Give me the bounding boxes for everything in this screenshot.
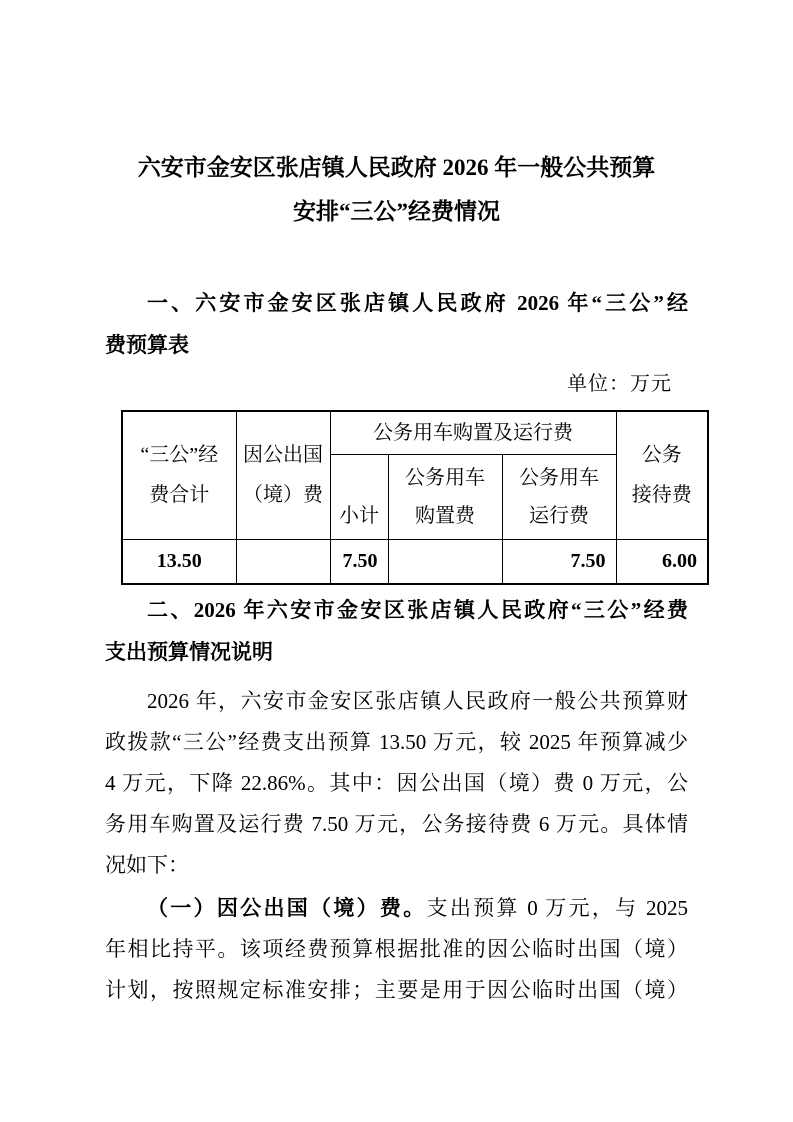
section1-heading-line2: 费预算表 xyxy=(105,324,688,366)
header-vehicle-purchase-line1: 公务用车 xyxy=(389,459,502,497)
header-vehicle-operation-line2: 运行费 xyxy=(503,497,616,535)
value-vehicle-operation: 7.50 xyxy=(502,539,616,584)
header-reception-line2: 接待费 xyxy=(617,475,708,515)
section2-heading-line2: 支出预算情况说明 xyxy=(105,631,688,673)
item1-line3: 计划，按照规定标准安排；主要是用于因公临时出国（境） xyxy=(105,970,688,1011)
header-vehicle-purchase-line2: 购置费 xyxy=(389,497,502,535)
header-reception-line1: 公务 xyxy=(617,435,708,475)
header-total: “三公”经 费合计 xyxy=(122,411,236,539)
document-title-line1: 六安市金安区张店镇人民政府 2026 年一般公共预算 xyxy=(105,146,688,190)
document-page: 六安市金安区张店镇人民政府 2026 年一般公共预算 安排“三公”经费情况 一、… xyxy=(0,0,793,1122)
header-reception: 公务 接待费 xyxy=(616,411,708,539)
header-vehicle-group: 公务用车购置及运行费 xyxy=(330,411,616,454)
item1-line1-rest: 支出预算 0 万元，与 2025 xyxy=(427,896,688,920)
value-reception: 6.00 xyxy=(616,539,708,584)
header-vehicle-operation-line1: 公务用车 xyxy=(503,459,616,497)
document-title: 六安市金安区张店镇人民政府 2026 年一般公共预算 安排“三公”经费情况 xyxy=(105,146,688,234)
header-abroad-line1: 因公出国 xyxy=(237,435,330,475)
section2-heading-line1: 二、2026 年六安市金安区张店镇人民政府“三公”经费 xyxy=(105,589,688,631)
section2-heading: 二、2026 年六安市金安区张店镇人民政府“三公”经费 支出预算情况说明 xyxy=(105,589,688,673)
item1-line1: （一）因公出国（境）费。支出预算 0 万元，与 2025 xyxy=(105,888,688,929)
intro-line4: 务用车购置及运行费 7.50 万元，公务接待费 6 万元。具体情 xyxy=(105,804,688,845)
header-abroad: 因公出国 （境）费 xyxy=(236,411,330,539)
header-total-line1: “三公”经 xyxy=(123,435,236,475)
item1-paragraph: （一）因公出国（境）费。支出预算 0 万元，与 2025 年相比持平。该项经费预… xyxy=(105,888,688,1011)
value-vehicle-subtotal: 7.50 xyxy=(330,539,388,584)
intro-line1: 2026 年，六安市金安区张店镇人民政府一般公共预算财 xyxy=(105,681,688,722)
table-data-row: 13.50 7.50 7.50 6.00 xyxy=(122,539,708,584)
header-abroad-line2: （境）费 xyxy=(237,475,330,515)
header-vehicle-operation: 公务用车 运行费 xyxy=(502,454,616,539)
intro-line3: 4 万元，下降 22.86%。其中：因公出国（境）费 0 万元，公 xyxy=(105,763,688,804)
value-abroad xyxy=(236,539,330,584)
item1-lead-bold: （一）因公出国（境）费。 xyxy=(147,896,427,920)
header-vehicle-subtotal: 小计 xyxy=(330,454,388,539)
section1-heading: 一、六安市金安区张店镇人民政府 2026 年“三公”经 费预算表 xyxy=(105,282,688,366)
intro-line5: 况如下： xyxy=(105,845,688,886)
document-title-line2: 安排“三公”经费情况 xyxy=(105,190,688,234)
intro-paragraph: 2026 年，六安市金安区张店镇人民政府一般公共预算财 政拨款“三公”经费支出预… xyxy=(105,681,688,886)
intro-line2: 政拨款“三公”经费支出预算 13.50 万元，较 2025 年预算减少 xyxy=(105,722,688,763)
value-vehicle-purchase xyxy=(388,539,502,584)
section1-heading-line1: 一、六安市金安区张店镇人民政府 2026 年“三公”经 xyxy=(105,282,688,324)
three-public-budget-table: “三公”经 费合计 因公出国 （境）费 公务用车购置及运行费 公务 接待费 小计… xyxy=(121,410,709,585)
header-vehicle-purchase: 公务用车 购置费 xyxy=(388,454,502,539)
value-total: 13.50 xyxy=(122,539,236,584)
unit-label: 单位：万元 xyxy=(105,370,688,398)
document-content: 六安市金安区张店镇人民政府 2026 年一般公共预算 安排“三公”经费情况 一、… xyxy=(0,146,793,1011)
item1-line2: 年相比持平。该项经费预算根据批准的因公临时出国（境） xyxy=(105,929,688,970)
header-total-line2: 费合计 xyxy=(123,475,236,515)
